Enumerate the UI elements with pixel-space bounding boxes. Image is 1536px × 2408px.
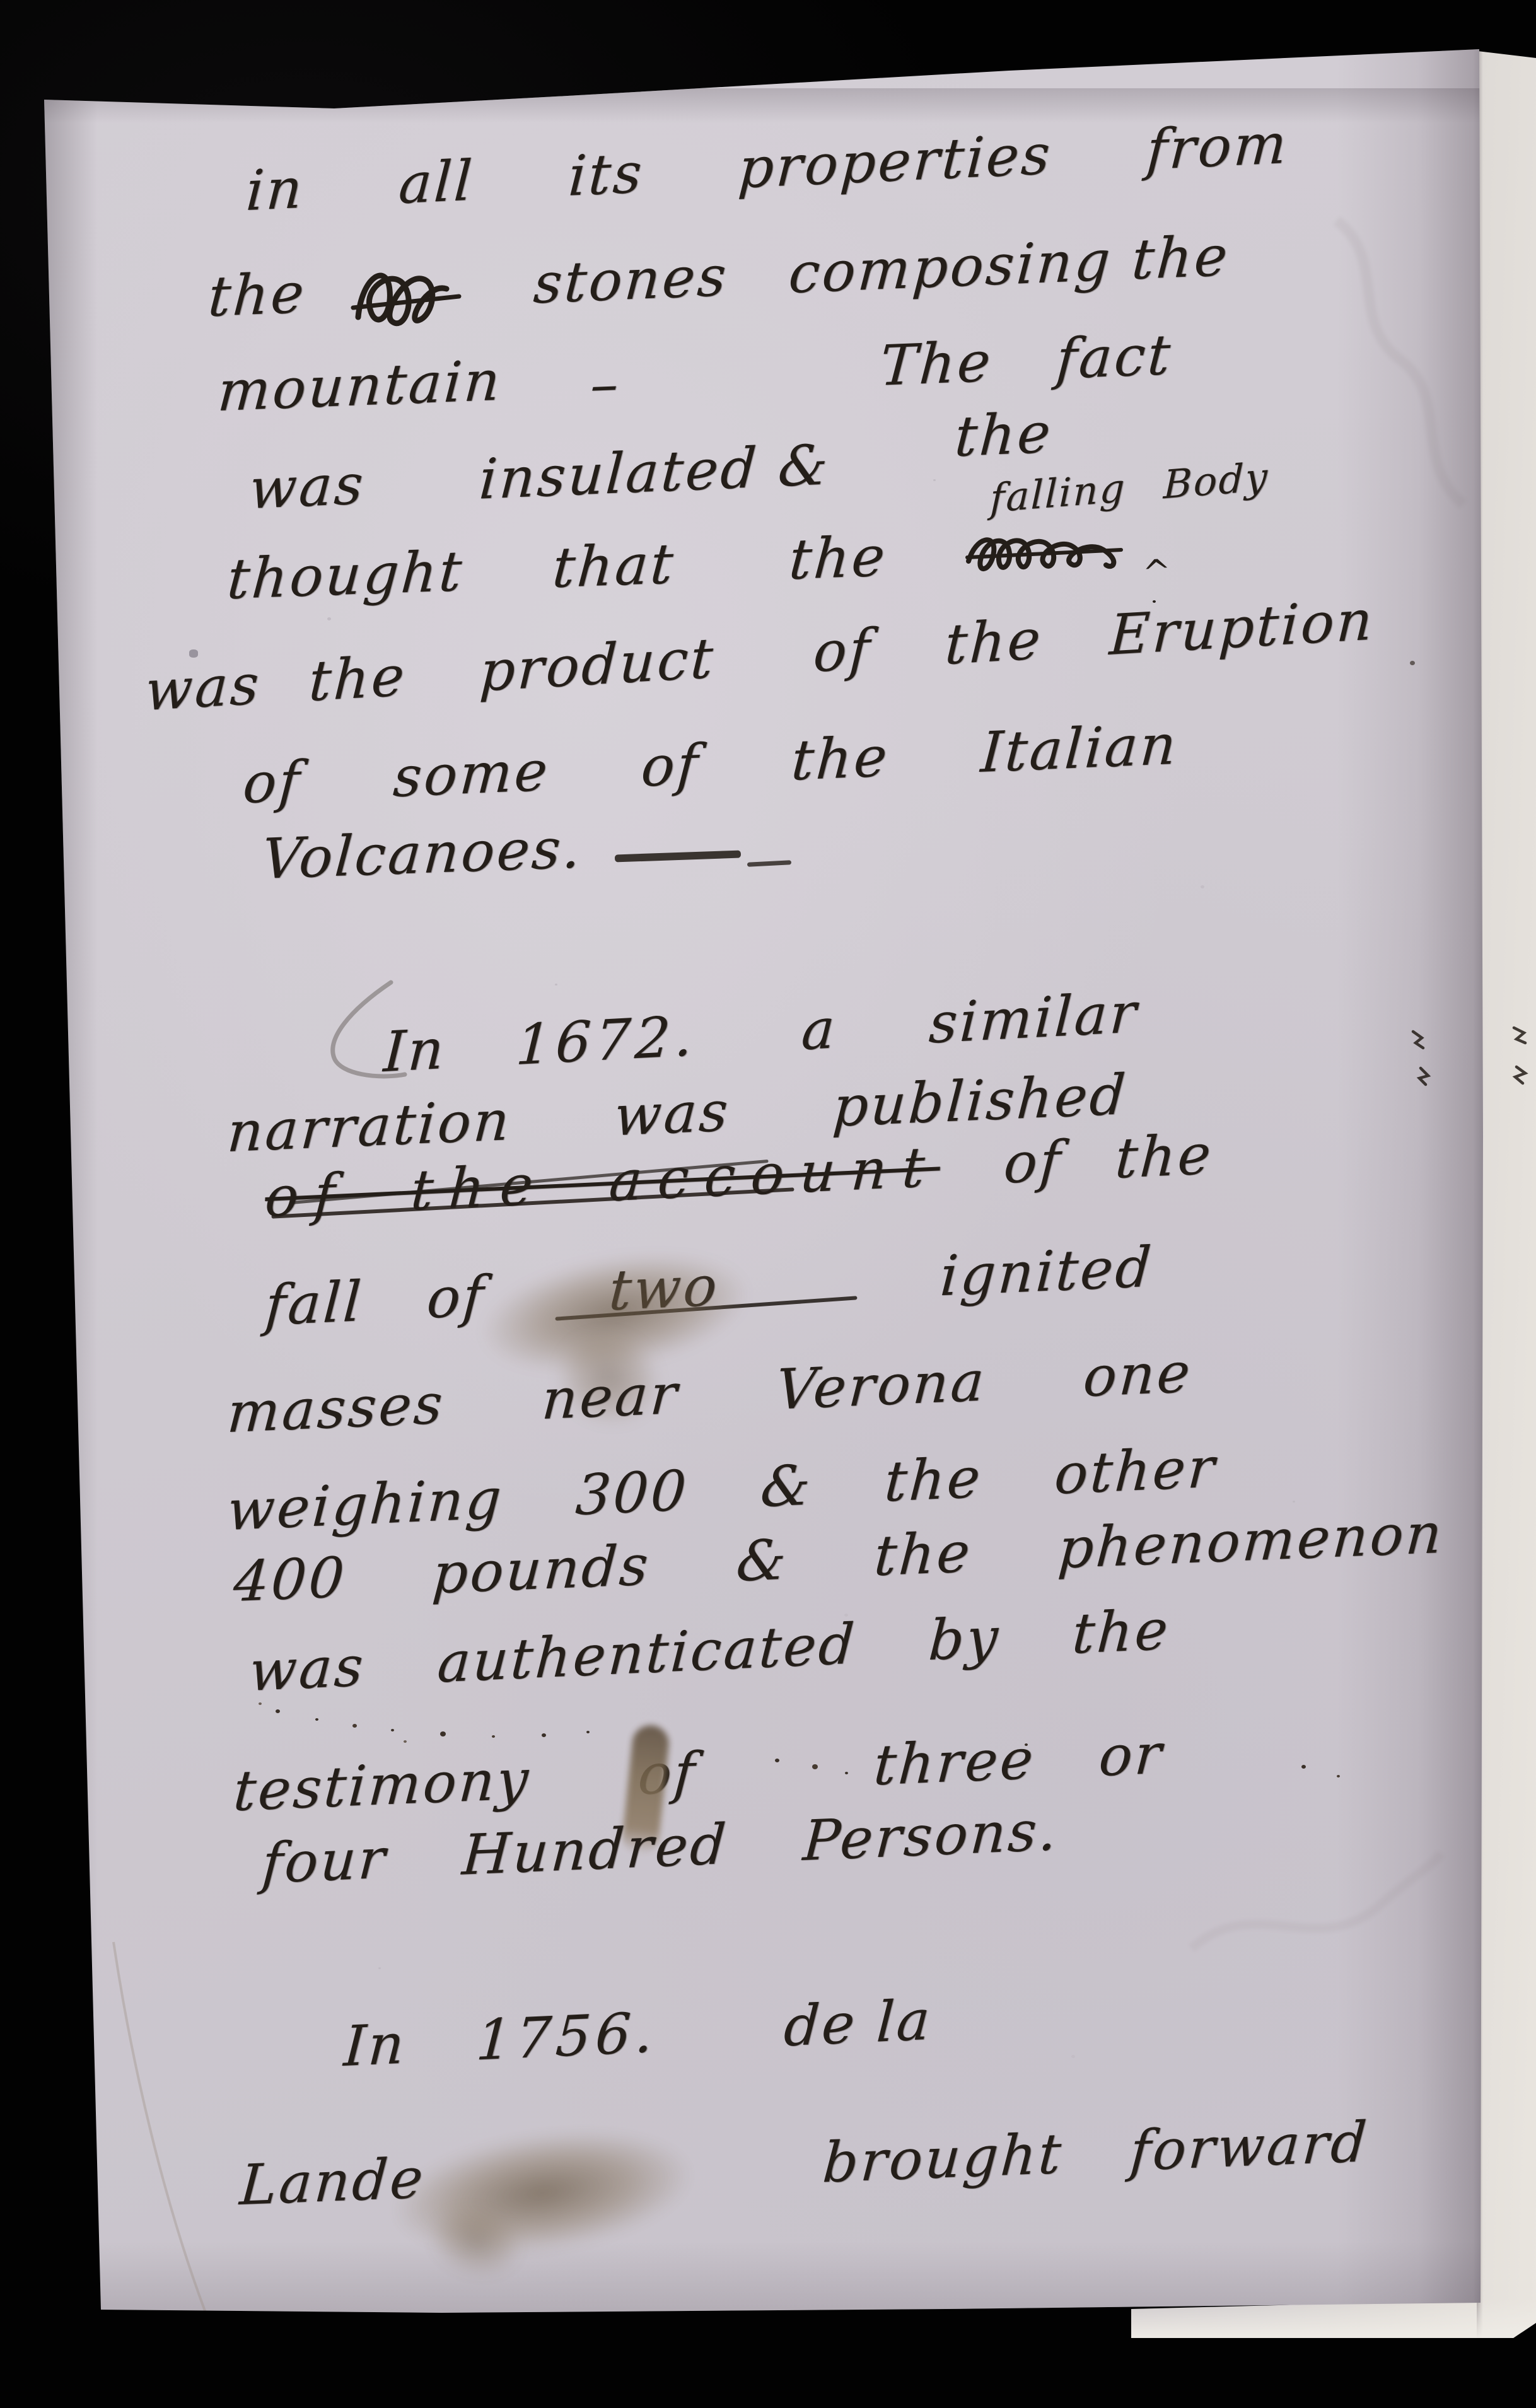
line-text: of the [1002,1122,1214,1196]
line-text: In [382,1016,448,1085]
line-text: the [953,400,1054,469]
ink-speckles [0,0,3,3]
line-text: similar [928,980,1140,1056]
line-text: composing the [787,223,1231,306]
scribble-deletion [351,257,467,342]
line-text: three [872,1726,1037,1798]
line-text: insulated & [477,432,832,512]
closing-dash [615,851,741,863]
year-1672: 1672. [515,1003,699,1078]
line-text: forward [1128,2109,1371,2184]
line-text: de la [782,1987,933,2059]
line-text: fall [263,1269,365,1338]
manuscript-page: in all its properties from the stones co… [0,0,1536,2408]
line-text: a [800,996,839,1062]
bleedthrough-ghost [1312,208,1501,523]
line-text: The [878,329,995,398]
line-text: the [206,260,308,330]
line-text: brought [821,2121,1066,2196]
handwritten-line-5: thought that the [225,524,889,611]
line-text: of some of the Italian [241,712,1180,816]
year-1756: 1756. [474,1999,659,2073]
handwritten-line-6: was the product of the Eruption [144,588,1376,723]
line-text: product [478,625,716,704]
handwritten-line-4: was insulated & the [247,424,1053,521]
line-text: or [1097,1721,1166,1789]
pause-dash: – [588,351,622,417]
line-text: was [144,651,262,723]
scribble-deletion [963,525,1127,585]
handwritten-line-8: Volcanoes. [260,816,585,891]
line-text: mountain [216,347,504,424]
handwritten-line-1: in all its properties from [245,112,1291,223]
line-text: Volcanoes. [260,815,585,892]
paper-crease [95,1929,233,2327]
line-text: the [787,523,889,592]
handwritten-line-19: In 1756. de la [342,1987,934,2078]
line-text: that [550,531,677,600]
line-text: stones [532,243,730,317]
manuscript-photograph: in all its properties from the stones co… [0,0,1536,2408]
line-text: the [943,607,1044,677]
line-text: in all its properties from [245,111,1291,223]
gutter-ink-specks [1403,1014,1535,1099]
line-text: of [812,616,873,685]
bottom-edge-shadow [38,2242,1488,2314]
line-text: masses near Verona one [225,1340,1194,1445]
line-text: of [425,1264,487,1331]
handwritten-line-7: of some of the Italian [241,713,1180,816]
line-text: ignited [938,1234,1155,1308]
handwritten-line-13: masses near Verona one [225,1341,1194,1445]
line-text: testimony [231,1747,532,1823]
closing-dash-tail [747,860,791,867]
bleedthrough-ghost [1179,1816,1450,1986]
line-text: was [247,451,367,521]
left-edge-shadow [38,88,98,2320]
line-text: Eruption [1108,587,1376,668]
line-text: was authenticated by the [248,1597,1172,1704]
line-text: thought [225,538,466,612]
insertion-caret: ^ [1141,551,1173,593]
handwritten-line-16: was authenticated by the [248,1597,1172,1703]
line-text: fact [1054,322,1174,392]
line-text: the [308,643,408,714]
line-text: In [342,2011,409,2079]
paper-flecks [0,0,3,2]
